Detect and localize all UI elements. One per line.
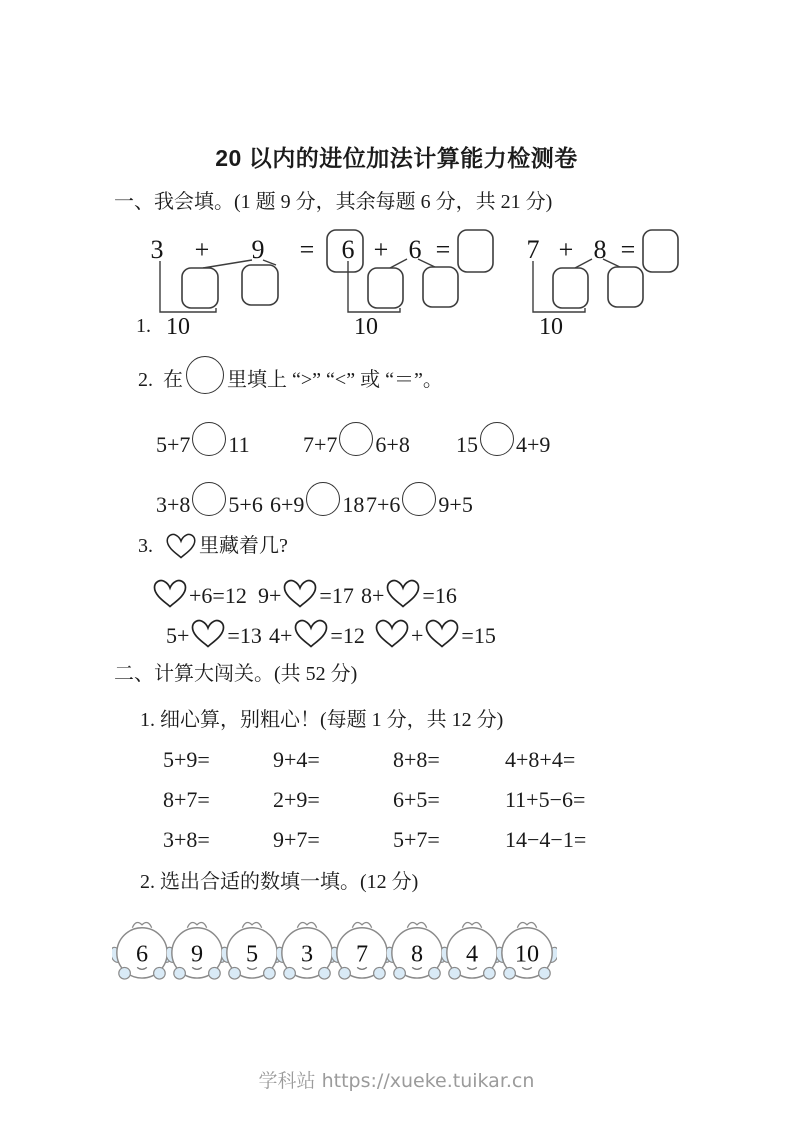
number-face: 5 — [222, 915, 282, 985]
number-face: 8 — [387, 915, 447, 985]
compare-circle — [192, 422, 226, 456]
arithmetic-problem: 4+8+4= — [505, 747, 586, 787]
bond-branch-left — [390, 259, 407, 268]
heart-equation-double: + =15 — [373, 618, 496, 648]
part-box-2 — [608, 267, 643, 307]
arithmetic-problem: 9+4= — [273, 747, 393, 787]
heart-icon — [152, 578, 188, 609]
question-number-2: 2. — [138, 368, 153, 392]
page-title: 20 以内的进位加法计算能力检测卷 — [0, 140, 793, 173]
heart-equation: +6=12 — [151, 578, 247, 608]
footer-link[interactable]: https://xueke.tuikar.cn — [322, 1070, 535, 1092]
heart-eq-post: =16 — [422, 584, 456, 608]
number-faces-row: 6 9 5 — [112, 915, 552, 985]
question-number-1: 1. — [136, 314, 151, 338]
arithmetic-problem: 2+9= — [273, 787, 393, 827]
arithmetic-problem: 14−4−1= — [505, 827, 586, 867]
number-face: 7 — [332, 915, 392, 985]
arithmetic-problem: 6+5= — [393, 787, 505, 827]
number-face: 3 — [277, 915, 337, 985]
compare-circle — [306, 482, 340, 516]
plus-icon: + — [374, 235, 389, 264]
comparison-left: 5+7 — [156, 433, 190, 457]
face-number: 4 — [466, 941, 478, 968]
heart-eq-pre: 4+ — [269, 624, 292, 648]
number-face: 6 — [112, 915, 172, 985]
part-box-2 — [423, 267, 458, 307]
comparison-right: 5+6 — [228, 493, 262, 517]
face-number: 8 — [411, 941, 423, 968]
compare-circle-icon — [186, 356, 224, 394]
comparison-left: 6+9 — [270, 493, 304, 517]
q2-prompt: 2. 在 里填上 “>” “<” 或 “＝”。 — [138, 356, 443, 392]
bond-addend-b: 9 — [252, 235, 265, 264]
comparison-left: 3+8 — [156, 493, 190, 517]
arithmetic-problem: 3+8= — [163, 827, 273, 867]
heart-equation: 8+ =16 — [361, 578, 457, 608]
worksheet-page: 20 以内的进位加法计算能力检测卷 一、我会填。(1 题 9 分，其余每题 6 … — [0, 0, 793, 1122]
bond-branch-left — [575, 259, 592, 268]
section2-heading: 二、计算大闯关。(共 52 分) — [114, 662, 357, 686]
equals-icon: = — [436, 235, 451, 264]
section2-q2-label: 2. 选出合适的数填一填。(12 分) — [140, 870, 418, 894]
heart-equation: 4+ =12 — [269, 618, 365, 648]
q2-prompt-before: 在 — [163, 368, 183, 392]
comparison-left: 15 — [456, 433, 478, 457]
part-box-2 — [242, 265, 278, 305]
arithmetic-problem: 5+7= — [393, 827, 505, 867]
number-bond-diagram-1: 3 + 9 = 10 — [143, 228, 365, 340]
section2-q1-label: 1. 细心算，别粗心！(每题 1 分，共 12 分) — [140, 708, 503, 732]
face-number: 6 — [136, 941, 148, 968]
heart-icon — [374, 618, 410, 649]
comparison-item: 6+9 18 — [270, 482, 364, 517]
plus-icon: + — [559, 235, 574, 264]
arithmetic-problem: 11+5−6= — [505, 787, 586, 827]
arithmetic-problem: 8+8= — [393, 747, 505, 787]
part-box-1 — [182, 268, 218, 308]
heart-eq-pre: 9+ — [258, 584, 281, 608]
make-ten-label: 10 — [354, 314, 378, 340]
heart-icon — [293, 618, 329, 649]
comparison-item: 3+8 5+6 — [156, 482, 263, 517]
comparison-right: 9+5 — [438, 493, 472, 517]
section1-heading: 一、我会填。(1 题 9 分，其余每题 6 分，共 21 分) — [114, 190, 552, 214]
compare-circle — [402, 482, 436, 516]
heart-eq-post: +6=12 — [189, 584, 247, 608]
comparison-item: 15 4+9 — [456, 422, 550, 457]
comparison-item: 7+6 9+5 — [366, 482, 473, 517]
q2-prompt-after: 里填上 “>” “<” 或 “＝”。 — [227, 368, 443, 392]
heart-equation: 5+ =13 — [166, 618, 262, 648]
heart-eq-post: =12 — [330, 624, 364, 648]
heart-icon — [190, 618, 226, 649]
heart-eq-post: =15 — [461, 624, 495, 648]
footer: 学科站 https://xueke.tuikar.cn — [0, 1066, 793, 1093]
part-box-1 — [553, 268, 588, 308]
heart-equation: 9+ =17 — [258, 578, 354, 608]
heart-eq-pre: 5+ — [166, 624, 189, 648]
arithmetic-problem: 9+7= — [273, 827, 393, 867]
question-number-3: 3. — [138, 534, 153, 558]
number-face: 4 — [442, 915, 502, 985]
make-ten-label: 10 — [539, 314, 563, 340]
comparison-left: 7+6 — [366, 493, 400, 517]
compare-circle — [480, 422, 514, 456]
comparison-item: 7+7 6+8 — [303, 422, 410, 457]
make-ten-label: 10 — [166, 314, 190, 340]
arithmetic-problem: 8+7= — [163, 787, 273, 827]
heart-eq-mid: + — [411, 624, 423, 648]
heart-eq-post: =13 — [227, 624, 261, 648]
answer-box — [458, 230, 493, 272]
compare-circle — [339, 422, 373, 456]
bond-addend-a: 7 — [527, 235, 540, 264]
q3-prompt-after: 里藏着几? — [199, 534, 288, 558]
comparison-item: 5+7 11 — [156, 422, 250, 457]
heart-icon — [424, 618, 460, 649]
bond-addend-a: 6 — [342, 235, 355, 264]
heart-icon — [282, 578, 318, 609]
face-number: 3 — [301, 941, 313, 968]
number-face: 9 — [167, 915, 227, 985]
q3-prompt: 3. 里藏着几? — [138, 532, 288, 558]
part-box-1 — [368, 268, 403, 308]
comparison-right: 4+9 — [516, 433, 550, 457]
face-number: 7 — [356, 941, 368, 968]
face-number: 5 — [246, 941, 258, 968]
equals-icon: = — [621, 235, 636, 264]
comparison-left: 7+7 — [303, 433, 337, 457]
equals-icon: = — [300, 235, 315, 264]
number-bond-diagram-2: 6 + 6 = 10 — [334, 228, 502, 340]
heart-icon — [165, 532, 197, 560]
heart-icon — [385, 578, 421, 609]
plus-icon: + — [195, 235, 210, 264]
comparison-right: 11 — [228, 433, 249, 457]
number-bond-diagram-3: 7 + 8 = 10 — [519, 228, 687, 340]
heart-eq-post: =17 — [319, 584, 353, 608]
bond-addend-a: 3 — [151, 235, 164, 264]
arithmetic-grid: 5+9= 9+4= 8+8= 4+8+4= 8+7= 2+9= 6+5= 11+… — [163, 747, 586, 867]
arithmetic-problem: 5+9= — [163, 747, 273, 787]
comparison-right: 6+8 — [375, 433, 409, 457]
face-number: 10 — [515, 941, 539, 968]
face-number: 9 — [191, 941, 203, 968]
answer-box — [643, 230, 678, 272]
comparison-right: 18 — [342, 493, 364, 517]
number-face: 10 — [497, 915, 557, 985]
compare-circle — [192, 482, 226, 516]
footer-site-label: 学科站 — [259, 1070, 316, 1092]
heart-eq-pre: 8+ — [361, 584, 384, 608]
